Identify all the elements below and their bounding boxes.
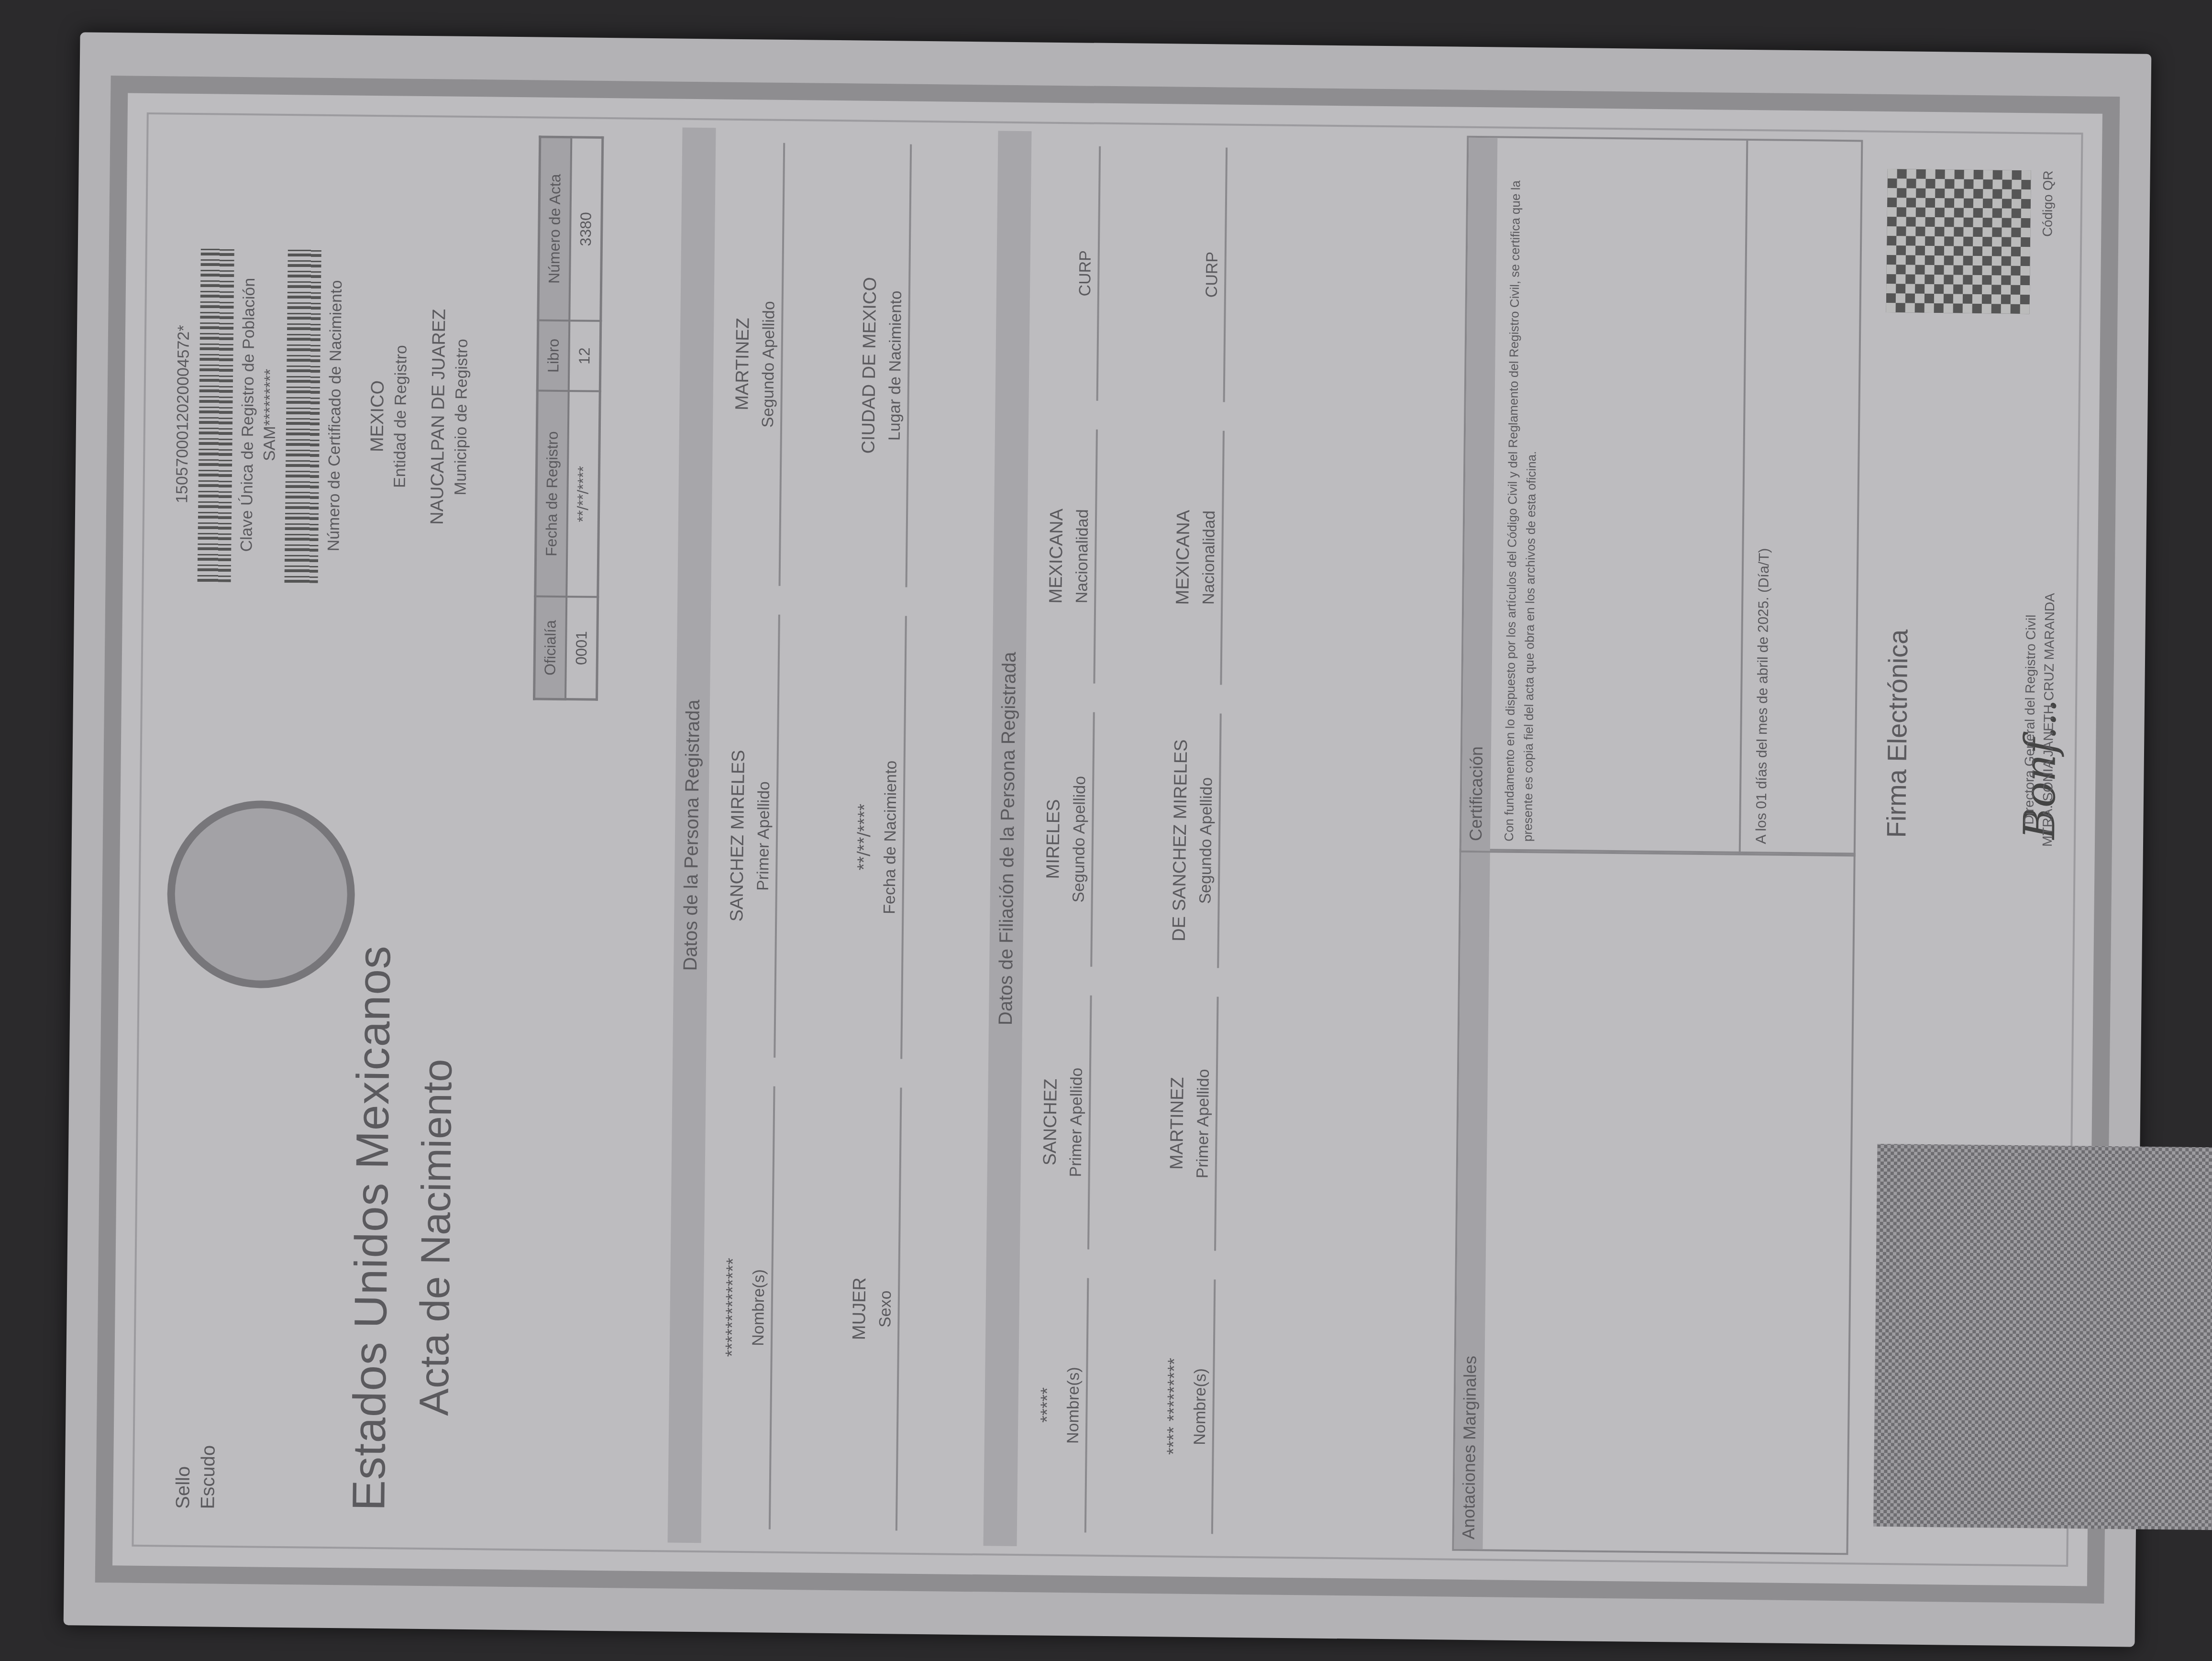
identifier-number: 1505700012020004572* <box>169 151 197 677</box>
field: MEXICANANacionalidad <box>1045 429 1098 684</box>
reg-value: 0001 <box>565 597 598 700</box>
field: DE SANCHEZ MIRELESSegundo Apellido <box>1169 713 1222 968</box>
reg-header: Fecha de Registro <box>535 391 569 597</box>
field: CURP <box>1175 147 1228 402</box>
photographed-document: Sello Escudo Estados Unidos Mexicanos Ac… <box>64 32 2152 1647</box>
field: MEXICANANacionalidad <box>1172 430 1225 685</box>
field: **/**/****Fecha de Nacimiento <box>852 615 907 1059</box>
field: MUJERSexo <box>847 1087 902 1530</box>
field: CURP <box>1048 146 1101 401</box>
header-small-text: Sello Escudo <box>170 1241 223 1509</box>
person-row: **************Nombre(s) SANCHEZ MIRELESP… <box>720 128 785 1544</box>
small-header-line: Sello <box>170 1241 198 1509</box>
filiation-section: Datos de Filiación de la Persona Registr… <box>984 131 1228 1549</box>
signature-section: Firma Electrónica Bonf... Directora Gene… <box>1863 140 2073 1557</box>
director-block: Directora General del Registro Civil MTR… <box>2018 504 2060 935</box>
certification-date: A los 01 días del mes de abril de 2025. … <box>1739 141 1790 854</box>
security-pattern-icon <box>1873 1144 2212 1530</box>
qr-label: Código QR <box>2040 170 2056 237</box>
document-title: Acta de Nacimiento <box>410 1059 462 1416</box>
reg-value: 12 <box>569 321 601 391</box>
field: SANCHEZPrimer Apellido <box>1039 995 1092 1250</box>
field: *****Nombre(s) <box>1036 1278 1089 1533</box>
field: SANCHEZ MIRELESPrimer Apellido <box>725 614 780 1058</box>
certification-text: Con fundamento en lo dispuesto por los a… <box>1490 138 1747 853</box>
birth-certificate: Sello Escudo Estados Unidos Mexicanos Ac… <box>95 76 2120 1604</box>
field: **************Nombre(s) <box>720 1086 775 1529</box>
registry-line: Número de Certificado de Nacimiento <box>321 153 349 679</box>
certification-box: Certificación Con fundamento en lo dispu… <box>1460 136 1863 857</box>
small-header-line: Escudo <box>195 1241 223 1509</box>
reg-header: Número de Acta <box>538 137 572 321</box>
national-seal-icon <box>166 799 356 989</box>
reg-header: Libro <box>537 320 569 391</box>
registration-table: Oficialía Fecha de Registro Libro Número… <box>533 135 604 700</box>
reg-value: **/**/**** <box>566 391 600 597</box>
parent1-row: *****Nombre(s) SANCHEZPrimer Apellido MI… <box>1036 132 1101 1547</box>
annotations-header: Anotaciones Marginales <box>1454 851 1490 1550</box>
director-name: MTRA. SONIA JANETH CRUZ MARANDA <box>2037 504 2060 935</box>
field: MARTINEZSegundo Apellido <box>730 143 785 586</box>
qr-code-icon <box>1886 169 2031 314</box>
reg-value: 3380 <box>569 137 603 321</box>
field: **** *********Nombre(s) <box>1163 1279 1216 1534</box>
field: CIUDAD DE MEXICOLugar de Nacimiento <box>857 144 912 587</box>
header: Sello Escudo Estados Unidos Mexicanos Ac… <box>142 122 443 1540</box>
country-header: Estados Unidos Mexicanos <box>343 945 401 1511</box>
field: MIRELESSegundo Apellido <box>1042 712 1095 967</box>
reg-header: Oficialía <box>534 597 567 699</box>
barcode-icon <box>284 248 321 583</box>
annotations-box: Anotaciones Marginales <box>1452 849 1855 1555</box>
firma-label: Firma Electrónica <box>1880 629 1914 838</box>
barcode-icon <box>197 247 234 582</box>
person-section: Datos de la Persona Registrada *********… <box>668 128 912 1545</box>
field: MARTINEZPrimer Apellido <box>1166 996 1219 1251</box>
id-box: 1505700012020004572* Clave Única de Regi… <box>169 151 475 681</box>
